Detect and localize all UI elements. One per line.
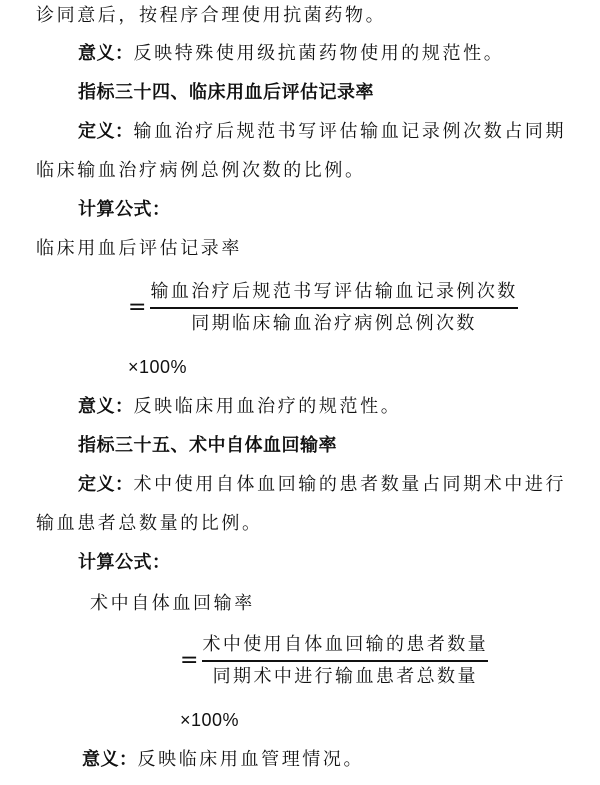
item35-formula-label: 计算公式：	[78, 551, 171, 575]
item34-formula-name: 临床用血后评估记录率	[36, 237, 242, 261]
meaning-label: 意义：	[78, 396, 134, 417]
paragraph-continuation: 诊同意后，按程序合理使用抗菌药物。	[36, 4, 386, 28]
item34-definition-line1: 定义：输血治疗后规范书写评估输血记录例次数占同期	[78, 120, 566, 144]
item34-heading: 指标三十四、临床用血后评估记录率	[78, 81, 374, 105]
item35-heading: 指标三十五、术中自体血回输率	[78, 434, 337, 458]
fraction-bar	[150, 307, 517, 309]
item34-meaning: 意义：反映临床用血治疗的规范性。	[78, 395, 401, 419]
item35-definition-line1: 定义：术中使用自体血回输的患者数量占同期术中进行	[78, 473, 566, 497]
item35-formula-name: 术中自体血回输率	[90, 592, 255, 616]
meaning-label: 意义：	[78, 43, 134, 64]
item34-formula-label: 计算公式：	[78, 198, 171, 222]
meaning-text: 反映临床用血管理情况。	[138, 749, 365, 770]
item35-multiplier: ×100%	[180, 708, 239, 732]
item33-meaning: 意义：反映特殊使用级抗菌药物使用的规范性。	[78, 42, 504, 66]
numerator: 术中使用自体血回输的患者数量	[202, 632, 488, 658]
fraction-body: 输血治疗后规范书写评估输血记录例次数 同期临床输血治疗病例总例次数	[150, 279, 517, 337]
equals-sign: =	[180, 648, 198, 673]
definition-label: 定义：	[78, 121, 134, 142]
item34-multiplier: ×100%	[128, 355, 187, 379]
definition-label: 定义：	[78, 474, 134, 495]
item35-fraction: = 术中使用自体血回输的患者数量 同期术中进行输血患者总数量	[180, 632, 488, 690]
item35-definition-line2: 输血患者总数量的比例。	[36, 512, 263, 536]
numerator: 输血治疗后规范书写评估输血记录例次数	[150, 279, 517, 305]
denominator: 同期临床输血治疗病例总例次数	[191, 311, 477, 337]
fraction-body: 术中使用自体血回输的患者数量 同期术中进行输血患者总数量	[202, 632, 488, 690]
meaning-text: 反映临床用血治疗的规范性。	[134, 396, 402, 417]
equals-sign: =	[128, 295, 146, 320]
item34-definition-line2: 临床输血治疗病例总例次数的比例。	[36, 159, 366, 183]
meaning-text: 反映特殊使用级抗菌药物使用的规范性。	[134, 43, 505, 64]
definition-text: 术中使用自体血回输的患者数量占同期术中进行	[134, 474, 567, 495]
fraction-bar	[202, 660, 488, 662]
meaning-label: 意义：	[82, 749, 138, 770]
item35-meaning: 意义：反映临床用血管理情况。	[82, 748, 364, 772]
denominator: 同期术中进行输血患者总数量	[213, 664, 478, 690]
item34-fraction: = 输血治疗后规范书写评估输血记录例次数 同期临床输血治疗病例总例次数	[128, 279, 518, 337]
definition-text: 输血治疗后规范书写评估输血记录例次数占同期	[134, 121, 567, 142]
